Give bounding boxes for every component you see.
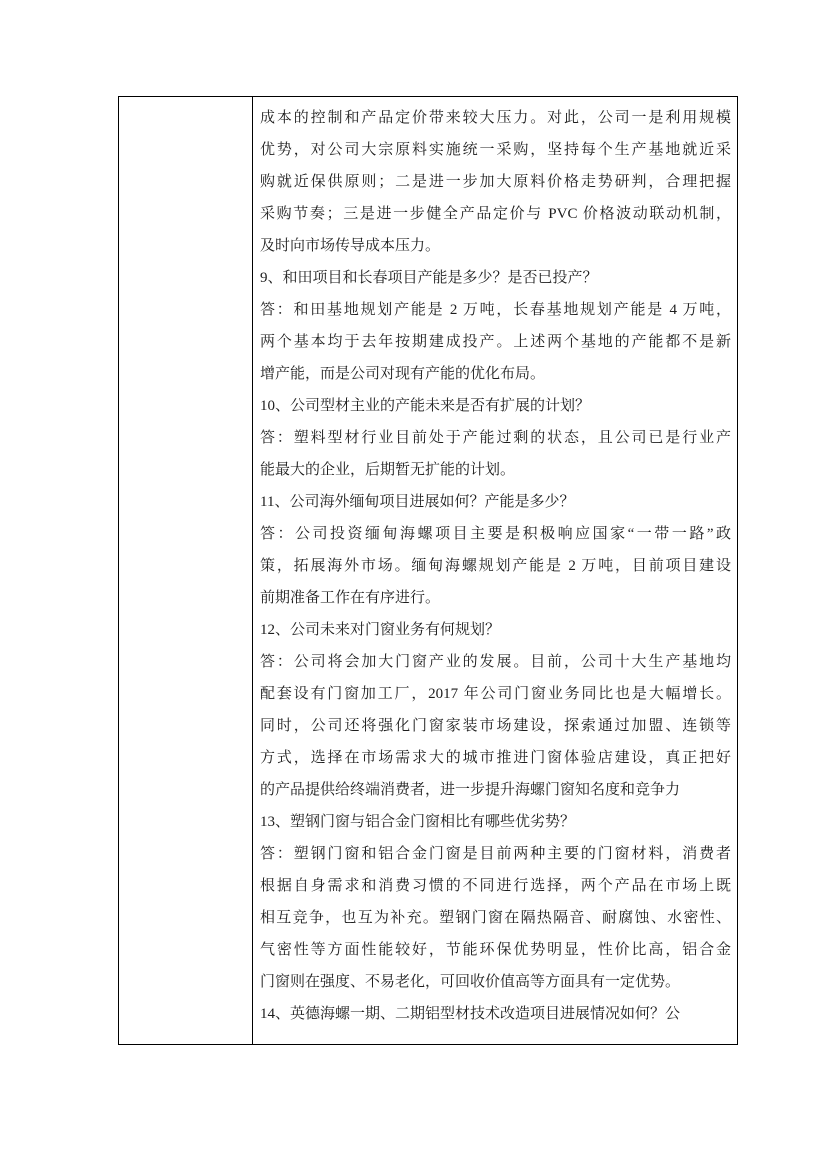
text-line: 方式，选择在市场需求大的城市推进门窗体验店建设，真正把好	[260, 742, 731, 774]
document-page: 成本的控制和产品定价带来较大压力。对此，公司一是利用规模优势，对公司大宗原料实施…	[0, 0, 827, 1169]
paragraph: 答：公司将会加大门窗产业的发展。目前，公司十大生产基地均配套设有门窗加工厂，20…	[260, 646, 731, 806]
text-line: 策，拓展海外市场。缅甸海螺规划产能是 2 万吨，目前项目建设	[260, 550, 731, 582]
paragraph: 9、和田项目和长春项目产能是多少？是否已投产？	[260, 262, 731, 294]
text-line: 13、塑钢门窗与铝合金门窗相比有哪些优劣势？	[260, 806, 731, 838]
text-line: 答：塑料型材行业目前处于产能过剩的状态，且公司已是行业产	[260, 422, 731, 454]
text-line: 气密性等方面性能较好，节能环保优势明显，性价比高，铝合金	[260, 934, 731, 966]
paragraph: 答：塑钢门窗和铝合金门窗是目前两种主要的门窗材料，消费者根据自身需求和消费习惯的…	[260, 838, 731, 998]
text-line: 配套设有门窗加工厂，2017 年公司门窗业务同比也是大幅增长。	[260, 678, 731, 710]
paragraph: 成本的控制和产品定价带来较大压力。对此，公司一是利用规模优势，对公司大宗原料实施…	[260, 102, 731, 262]
text-line: 10、公司型材主业的产能未来是否有扩展的计划？	[260, 390, 731, 422]
text-line: 的产品提供给终端消费者，进一步提升海螺门窗知名度和竞争力	[260, 774, 731, 806]
table-cell-right: 成本的控制和产品定价带来较大压力。对此，公司一是利用规模优势，对公司大宗原料实施…	[253, 97, 737, 1044]
text-line: 9、和田项目和长春项目产能是多少？是否已投产？	[260, 262, 731, 294]
text-line: 根据自身需求和消费习惯的不同进行选择，两个产品在市场上既	[260, 870, 731, 902]
text-line: 前期准备工作在有序进行。	[260, 582, 731, 614]
paragraph: 答：和田基地规划产能是 2 万吨，长春基地规划产能是 4 万吨，两个基本均于去年…	[260, 294, 731, 390]
paragraph: 11、公司海外缅甸项目进展如何？产能是多少？	[260, 486, 731, 518]
paragraph: 答：公司投资缅甸海螺项目主要是积极响应国家“一带一路”政策，拓展海外市场。缅甸海…	[260, 518, 731, 614]
text-line: 成本的控制和产品定价带来较大压力。对此，公司一是利用规模	[260, 102, 731, 134]
text-line: 购就近保供原则；二是进一步加大原料价格走势研判，合理把握	[260, 166, 731, 198]
qa-text-area: 成本的控制和产品定价带来较大压力。对此，公司一是利用规模优势，对公司大宗原料实施…	[260, 102, 731, 1030]
text-line: 门窗则在强度、不易老化，可回收价值高等方面具有一定优势。	[260, 966, 731, 998]
text-line: 同时，公司还将强化门窗家装市场建设，探索通过加盟、连锁等	[260, 710, 731, 742]
text-line: 增产能，而是公司对现有产能的优化布局。	[260, 358, 731, 390]
paragraph: 12、公司未来对门窗业务有何规划？	[260, 614, 731, 646]
table-cell-left-empty	[119, 97, 253, 1044]
text-line: 优势，对公司大宗原料实施统一采购，坚持每个生产基地就近采	[260, 134, 731, 166]
text-line: 答：塑钢门窗和铝合金门窗是目前两种主要的门窗材料，消费者	[260, 838, 731, 870]
text-line: 相互竞争，也互为补充。塑钢门窗在隔热隔音、耐腐蚀、水密性、	[260, 902, 731, 934]
text-line: 11、公司海外缅甸项目进展如何？产能是多少？	[260, 486, 731, 518]
text-line: 采购节奏；三是进一步健全产品定价与 PVC 价格波动联动机制，	[260, 198, 731, 230]
text-line: 两个基本均于去年按期建成投产。上述两个基地的产能都不是新	[260, 326, 731, 358]
text-line: 答：公司将会加大门窗产业的发展。目前，公司十大生产基地均	[260, 646, 731, 678]
paragraph: 13、塑钢门窗与铝合金门窗相比有哪些优劣势？	[260, 806, 731, 838]
paragraph: 14、英德海螺一期、二期铝型材技术改造项目进展情况如何？公	[260, 998, 731, 1030]
text-line: 12、公司未来对门窗业务有何规划？	[260, 614, 731, 646]
text-line: 及时向市场传导成本压力。	[260, 230, 731, 262]
text-line: 14、英德海螺一期、二期铝型材技术改造项目进展情况如何？公	[260, 998, 731, 1030]
paragraph: 10、公司型材主业的产能未来是否有扩展的计划？	[260, 390, 731, 422]
text-line: 答：和田基地规划产能是 2 万吨，长春基地规划产能是 4 万吨，	[260, 294, 731, 326]
qa-table: 成本的控制和产品定价带来较大压力。对此，公司一是利用规模优势，对公司大宗原料实施…	[118, 96, 738, 1045]
text-line: 答：公司投资缅甸海螺项目主要是积极响应国家“一带一路”政	[260, 518, 731, 550]
paragraph: 答：塑料型材行业目前处于产能过剩的状态，且公司已是行业产能最大的企业，后期暂无扩…	[260, 422, 731, 486]
text-line: 能最大的企业，后期暂无扩能的计划。	[260, 454, 731, 486]
